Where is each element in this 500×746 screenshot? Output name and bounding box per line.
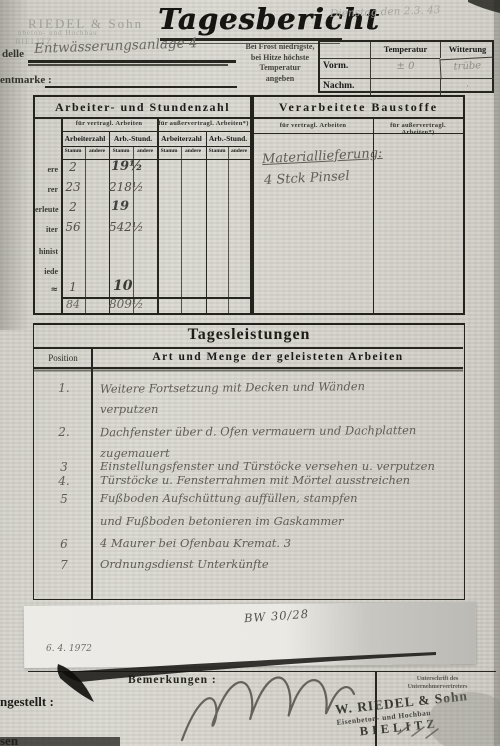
col-arbeiterzahl-2: Arbeiterzahl [157, 134, 206, 143]
entry-position: 6 [44, 537, 84, 551]
col-arbstund-2: Arb.-Stund. [206, 134, 250, 143]
hours-value: 218½ [109, 180, 153, 194]
materials-table: Verarbeitete Baustoffe für vertragl. Arb… [252, 95, 465, 315]
weather-table: Temperatur Witterung Vorm. ± 0 trübe Nac… [318, 40, 494, 93]
weather-row-nachm: Nachm. [320, 78, 370, 95]
entry-position: 2. [44, 425, 84, 439]
entry-text-cont: verputzen [100, 402, 460, 416]
workers-value: 1 [61, 280, 85, 294]
total-hours: 809½ [109, 297, 155, 311]
col-arbeiterzahl-1: Arbeiterzahl [61, 134, 109, 143]
weather-nachm-temp [370, 78, 440, 95]
frost-note-line3: Temperatur [243, 63, 317, 74]
group-ausservertragl-label: für außervertragl. Arbeiten*) [157, 120, 250, 127]
site-line-2 [28, 64, 228, 66]
hours-value: 10 [113, 278, 153, 294]
company-stamp-line2: nbeton- und Hochbau [18, 29, 98, 37]
workers-value: 2 [61, 160, 85, 174]
frost-note-line1: Bei Frost niedrigste, [243, 42, 317, 53]
entry-text: Dachfenster über d. Ofen vermauern und D… [100, 423, 464, 440]
worker-row-label: ≈ [35, 285, 58, 295]
cement-brand-label: entmarke : [0, 74, 52, 86]
document-title: Tagesbericht [158, 2, 348, 36]
entry-text: Türstöcke u. Fensterrahmen mit Mörtel au… [100, 473, 464, 487]
entry-text: Ordnungsdienst Unterkünfte [100, 557, 464, 571]
weather-vorm-temp: ± 0 [370, 58, 440, 78]
workers-value: 56 [61, 220, 85, 234]
materials-col1-label: für vertragl. Arbeiten [254, 122, 372, 129]
sub-andere-4: andere [228, 148, 250, 154]
group-vertragl-label: für vertragl. Arbeiten [61, 120, 157, 127]
col-position-label: Position [36, 353, 90, 363]
frost-note: Bei Frost niedrigste, bei Hitze höchste … [243, 42, 317, 84]
worker-row-label: iter [35, 225, 58, 234]
materials-entry-heading: Materiallieferung: [262, 146, 383, 167]
signature-caption-line1: Unterschrift des [379, 675, 496, 683]
workers-table-title: Arbeiter- und Stundenzahl [35, 100, 250, 115]
workers-value: 23 [61, 180, 85, 194]
weather-vorm-witterung: trübe [440, 57, 495, 80]
sub-stamm-4: Stamm [206, 148, 228, 154]
entry-position: 1. [44, 381, 84, 395]
sub-stamm-3: Stamm [157, 148, 181, 154]
entry-text: Weitere Fortsetzung mit Decken und Wände… [100, 378, 460, 396]
worker-row-label: erleute [35, 205, 58, 214]
hours-value: 542½ [109, 220, 155, 234]
weather-corner-cell [320, 42, 370, 58]
site-label: delle [2, 48, 24, 60]
hours-value: 19 [111, 199, 155, 214]
frost-note-line2: bei Hitze höchste [243, 53, 317, 64]
worker-row-label: hinist [35, 247, 58, 256]
weather-col-witterung: Witterung [440, 42, 494, 58]
entry-text-cont: und Fußboden betonieren im Gaskammer [100, 514, 464, 528]
materials-entry-line: 4 Stck Pinsel [264, 169, 350, 188]
col-description-label: Art und Menge der geleisteten Arbeiten [93, 351, 463, 363]
workers-value: 2 [61, 200, 85, 214]
worker-row-label: ere [35, 165, 58, 174]
cement-line [45, 86, 237, 88]
col-arbstund-1: Arb.-Stund. [109, 134, 157, 143]
sub-stamm-1: Stamm [61, 148, 85, 154]
sub-andere-1: andere [85, 148, 109, 154]
entry-position: 4. [44, 474, 84, 488]
entry-position: 5 [44, 492, 84, 506]
scanned-document: RIEDEL & Sohn nbeton- und Hochbau BIELIT… [0, 0, 500, 746]
sub-andere-2: andere [133, 148, 157, 154]
workers-hours-table: Arbeiter- und Stundenzahl für vertragl. … [33, 95, 252, 315]
worker-row-label: iede [35, 267, 58, 276]
date-annotation: 6. 4. 1972 [46, 644, 92, 654]
entry-text: Fußboden Aufschüttung auffüllen, stampfe… [100, 491, 464, 505]
daily-work-title: Tagesleistungen [34, 326, 464, 344]
total-workers: 84 [61, 298, 85, 311]
worker-row-label: rer [35, 185, 58, 194]
left-cutoff-label-2: sen [0, 733, 18, 746]
entry-position: 7 [44, 558, 84, 572]
sub-stamm-2: Stamm [109, 148, 133, 154]
entry-text: 4 Maurer bei Ofenbau Kremat. 3 [100, 536, 464, 550]
weather-nachm-witterung: · [440, 78, 494, 95]
hours-value: 19½ [111, 159, 155, 174]
sub-andere-3: andere [181, 148, 205, 154]
weather-col-temperature: Temperatur [370, 42, 440, 58]
site-line [28, 60, 236, 63]
right-edge-shadow [494, 0, 500, 746]
entry-text: Einstellungsfenster und Türstöcke verseh… [100, 459, 464, 473]
frost-note-line4: angeben [243, 74, 317, 85]
remarks-label: Bemerkungen : [128, 674, 217, 686]
materials-table-title: Verarbeitete Baustoffe [254, 100, 463, 115]
entry-text-cont: zugemauert [100, 446, 460, 460]
daily-work-table: Tagesleistungen Position Art und Menge d… [33, 323, 465, 600]
entry-position: 3 [44, 460, 84, 474]
weather-row-vorm: Vorm. [320, 58, 370, 78]
left-cutoff-label-1: ngestellt : [0, 694, 54, 710]
